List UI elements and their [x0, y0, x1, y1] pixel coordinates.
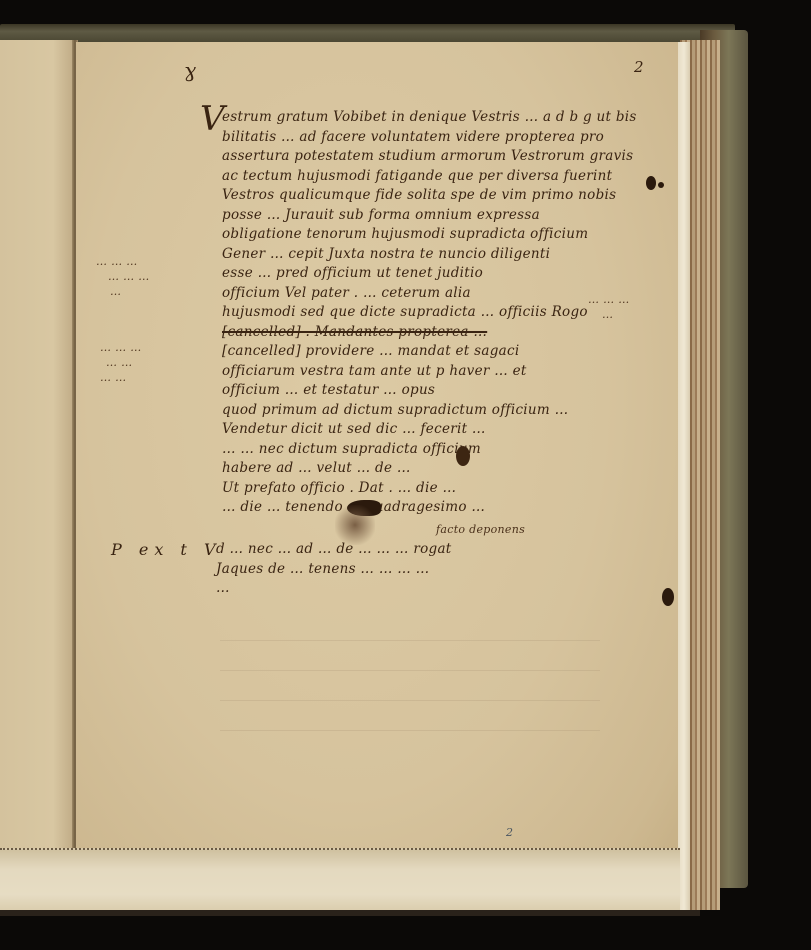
- margin-note: … … … … … … …: [100, 340, 220, 385]
- decorated-initial: V: [200, 102, 225, 136]
- margin-note: … … … … … … …: [96, 254, 221, 299]
- text-line: posse … Jurauit sub forma omnium express…: [222, 206, 662, 226]
- text-line: … die … tenendo … quadragesimo …: [222, 498, 662, 518]
- bottom-mark: 2: [506, 826, 513, 839]
- margin-note-line: … … …: [588, 292, 678, 307]
- margin-note-line: …: [588, 307, 678, 322]
- text-line: Jaques de … tenens … … … …: [216, 560, 656, 580]
- text-line: Vestros qualicumque fide solita spe de v…: [222, 186, 662, 206]
- faint-ruling: [220, 730, 600, 731]
- text-line: … … nec dictum supradicta officium: [222, 440, 662, 460]
- page-edge-strip: [678, 42, 690, 912]
- book-cover-top-edge: [0, 24, 735, 42]
- text-line: officiarum vestra tam ante ut p haver … …: [222, 362, 662, 382]
- text-line-cancelled: [cancelled] . Mandantes propterea …: [222, 323, 662, 343]
- margin-note-line: … … …: [96, 254, 221, 269]
- faint-ruling: [220, 700, 600, 701]
- text-line: bilitatis … ad facere voluntatem videre …: [222, 128, 662, 148]
- text-line: [cancelled] providere … mandat et sagaci: [222, 342, 662, 362]
- text-line: estrum gratum Vobibet in denique Vestris…: [222, 108, 662, 128]
- margin-note-line: … …: [100, 370, 220, 385]
- second-paragraph: d … nec … ad … de … … … rogat Jaques de …: [216, 540, 656, 599]
- paper-repair-strip: [0, 848, 680, 914]
- ink-blot: [456, 446, 470, 466]
- text-line: quod primum ad dictum supradictum offici…: [222, 401, 662, 421]
- folio-number: 2: [634, 58, 644, 76]
- paragraph-lead: P ex t V: [111, 540, 222, 559]
- margin-note-line: … … …: [100, 340, 220, 355]
- margin-note-line: … … …: [96, 269, 221, 284]
- page-bottom-shadow: [0, 910, 700, 916]
- faint-ruling: [220, 670, 600, 671]
- faint-ruling: [220, 640, 600, 641]
- text-line: esse … pred officium ut tenet juditio: [222, 264, 662, 284]
- margin-note-line: …: [96, 284, 221, 299]
- text-line: habere ad … velut … de …: [222, 459, 662, 479]
- text-line: officium … et testatur … opus: [222, 381, 662, 401]
- text-line: ac tectum hujusmodi fatigande que per di…: [222, 167, 662, 187]
- text-line: d … nec … ad … de … … … rogat: [216, 540, 656, 560]
- text-line: …: [216, 579, 656, 599]
- ink-blot: [662, 588, 674, 606]
- top-left-mark: ɣ: [184, 58, 196, 82]
- text-line: obligatione tenorum hujusmodi supradicta…: [222, 225, 662, 245]
- margin-note-line: … …: [100, 355, 220, 370]
- text-line: Ut prefato officio . Dat . … die …: [222, 479, 662, 499]
- ink-blot: [646, 176, 656, 190]
- ink-blot: [658, 182, 664, 188]
- right-margin-note: … … … …: [588, 292, 678, 322]
- text-line: Gener … cepit Juxta nostra te nuncio dil…: [222, 245, 662, 265]
- left-page: [0, 40, 76, 916]
- ink-smudge: [335, 505, 375, 545]
- interlinear-addition: facto deponens: [436, 522, 525, 537]
- text-line: assertura potestatem studium armorum Ves…: [222, 147, 662, 167]
- text-line: Vendetur dicit ut sed dic … fecerit …: [222, 420, 662, 440]
